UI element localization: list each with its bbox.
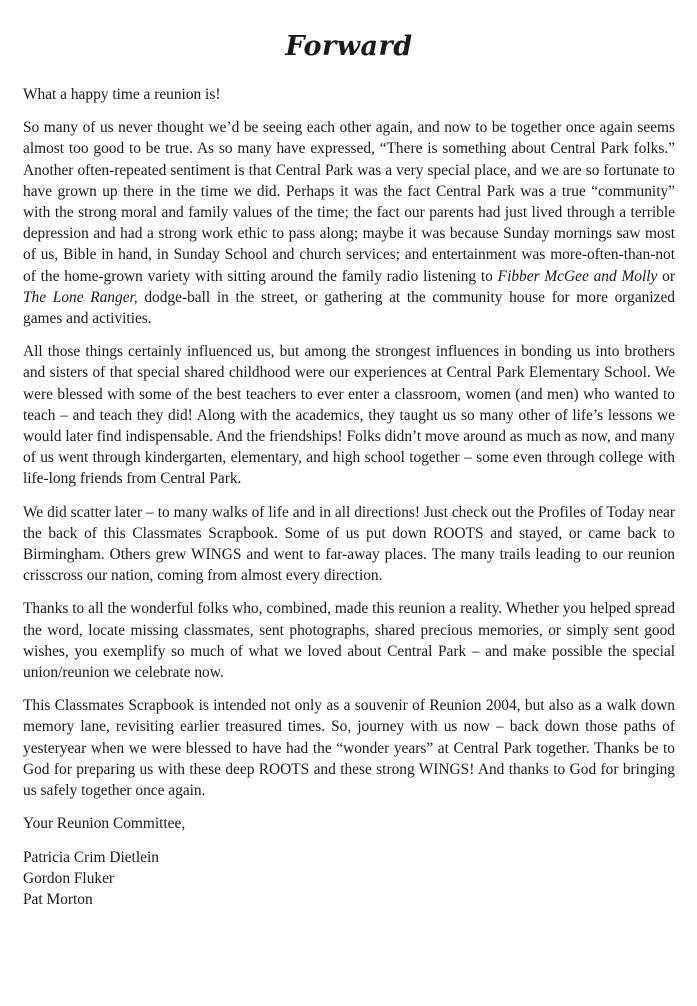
radio-show-title: The Lone Ranger, [23,289,138,306]
paragraph-intro: What a happy time a reunion is! [23,84,675,105]
paragraph-school: All those things certainly influenced us… [23,341,675,489]
paragraph-scrapbook: This Classmates Scrapbook is intended no… [23,695,675,801]
signatory-name: Pat Morton [23,889,675,910]
document-page: Forward What a happy time a reunion is! … [0,0,697,1006]
paragraph-scatter: We did scatter later – to many walks of … [23,502,675,587]
paragraph-community-text: So many of us never thought we’d be seei… [23,119,675,284]
signature-block: Patricia Crim Dietlein Gordon Fluker Pat… [23,847,675,911]
radio-show-title: Fibber McGee and Molly [498,268,658,285]
conjunction-text: or [657,268,675,285]
signatory-name: Patricia Crim Dietlein [23,847,675,868]
document-title: Forward [23,0,675,84]
closing-line: Your Reunion Committee, [23,813,675,834]
signatory-name: Gordon Fluker [23,868,675,889]
paragraph-thanks: Thanks to all the wonderful folks who, c… [23,598,675,683]
paragraph-community: So many of us never thought we’d be seei… [23,117,675,329]
